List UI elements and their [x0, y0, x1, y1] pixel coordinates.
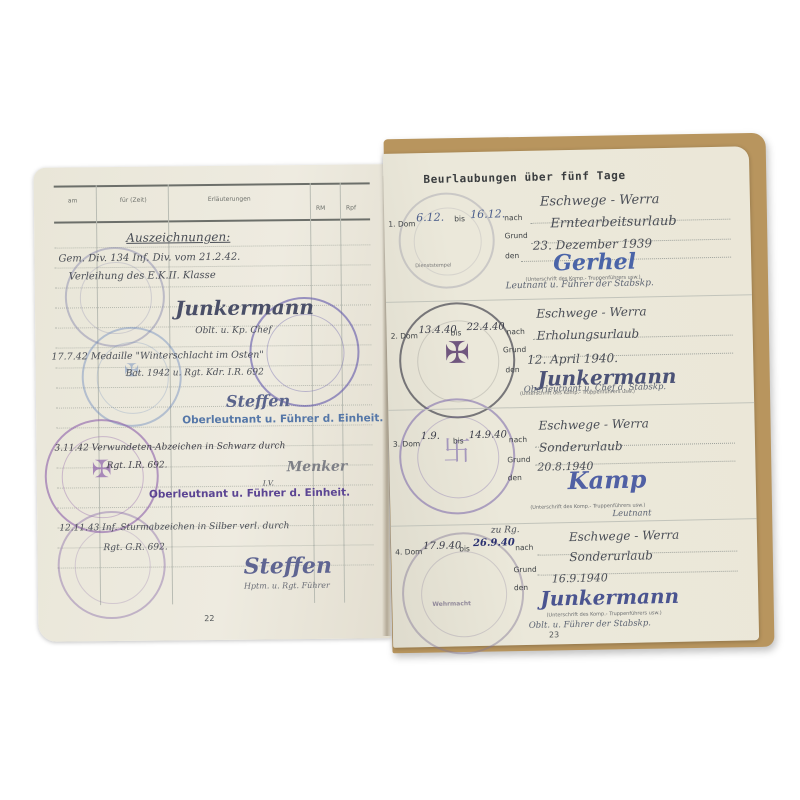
leave-reason: Sonderurlaub — [539, 439, 623, 455]
signature: Menker — [287, 459, 348, 476]
leave-to-date: 16.12. — [470, 207, 505, 221]
marginal-note: zu Rg. — [491, 525, 520, 536]
nach-label: nach — [515, 543, 533, 552]
header-rm: RM — [316, 205, 325, 212]
page-number: 23 — [549, 630, 559, 639]
leave-to-date: 14.9.40 — [469, 429, 507, 441]
leave-issue-date: 16.9.1940 — [552, 571, 608, 585]
stamp-label: Wehrmacht — [432, 600, 471, 608]
leave-reason: Sonderurlaub — [569, 548, 653, 564]
entry-line: Oblt. u. Kp. Chef — [195, 325, 272, 336]
page-title: Beurlaubungen über fünf Tage — [423, 169, 625, 186]
signature: Junkermann — [540, 584, 679, 611]
header-rpf: Rpf — [346, 204, 356, 211]
den-label: den — [505, 365, 519, 374]
leave-from-date: 6.12. — [416, 211, 444, 225]
grund-label: Grund — [505, 231, 528, 240]
page-number: 22 — [204, 614, 214, 623]
nach-label: nach — [507, 327, 525, 336]
unit-stamp-text: Oberleutnant u. Führer d. Einheit. — [182, 412, 383, 426]
leave-index: 2. Dom — [391, 331, 418, 341]
signature: Kamp — [567, 464, 646, 495]
unit-stamp-text: Oberleutnant u. Führer d. Einheit. — [149, 487, 350, 501]
grund-label: Grund — [514, 565, 537, 574]
table-header: am für (Zeit) Erläuterungen RM Rpf — [54, 182, 370, 223]
nach-label: nach — [504, 213, 522, 222]
entry-line: Bat. 1942 u. Rgt. Kdr. I.R. 692 — [126, 367, 264, 378]
grund-label: Grund — [503, 345, 526, 354]
header-erlaeuterungen: Erläuterungen — [208, 196, 251, 203]
den-label: den — [508, 473, 522, 482]
signature: Gerhel — [553, 249, 636, 277]
left-page: am für (Zeit) Erläuterungen RM Rpf ✠ ✠ — [34, 164, 391, 642]
signer-rank: Leutnant — [612, 508, 651, 519]
entry-line: 12.11.43 Inf. Sturmabzeichen in Silber v… — [59, 521, 289, 533]
entry-line: I.V. — [263, 479, 274, 487]
signature: Steffen — [244, 553, 333, 580]
bis-label: bis — [459, 544, 470, 553]
leave-index: 1. Dom — [388, 219, 415, 229]
leave-destination: Eschwege - Werra — [536, 304, 647, 320]
leave-index: 4. Dom — [395, 547, 422, 557]
grund-label: Grund — [507, 455, 530, 464]
den-label: den — [514, 583, 528, 592]
bis-label: bis — [454, 214, 465, 223]
entry-line: 3.11.42 Verwundeten-Abzeichen in Schwarz… — [54, 441, 285, 453]
den-label: den — [505, 251, 519, 260]
leave-from-date: 1.9. — [421, 431, 440, 442]
open-booklet: am für (Zeit) Erläuterungen RM Rpf ✠ ✠ — [36, 136, 770, 652]
header-am: am — [68, 197, 78, 204]
entry-line: Rgt. I.R. 692. — [107, 460, 168, 471]
official-stamp — [398, 192, 496, 290]
signer-rank: Leutnant u. Führer der Stabskp. — [506, 278, 654, 291]
official-stamp: 卐 — [398, 397, 516, 515]
leave-destination: Eschwege - Werra — [569, 528, 680, 544]
bis-label: bis — [451, 328, 462, 337]
section-divider — [391, 518, 757, 527]
signature: Steffen — [226, 391, 290, 411]
bis-label: bis — [453, 436, 464, 445]
leave-index: 3. Dom — [393, 439, 420, 449]
nach-label: nach — [509, 435, 527, 444]
entry-line: 17.7.42 Medaille "Winterschlacht im Oste… — [51, 349, 263, 362]
signature-caption: (Unterschrift des Komp.- Truppenführers … — [547, 610, 662, 618]
entry-heading: Auszeichnungen: — [126, 230, 230, 245]
header-fuer-zeit: für (Zeit) — [120, 197, 147, 204]
entry-line: Gem. Div. 134 Inf. Div. vom 21.2.42. — [58, 252, 240, 265]
leave-from-date: 17.9.40 — [423, 540, 461, 552]
leave-to-date: 26.9.40 — [473, 537, 515, 549]
entry-line: Rgt. G.R. 692. — [103, 542, 167, 553]
entry-line: Hptm. u. Rgt. Führer — [244, 581, 330, 591]
section-divider — [386, 294, 752, 303]
leave-destination: Eschwege - Werra — [538, 416, 649, 432]
signature: Junkermann — [175, 295, 314, 320]
leave-reason: Erholungsurlaub — [537, 327, 640, 343]
signer-rank: Oberleutnant u. Chef d. Stabskp. — [524, 382, 666, 395]
right-page: Beurlaubungen über fünf Tage ✠ 卐 1. Dom … — [383, 146, 759, 648]
signer-rank: Oblt. u. Führer der Stabskp. — [529, 618, 651, 631]
entry-line: Verleihung des E.K.II. Klasse — [69, 270, 216, 283]
dienststempel-label: Dienststempel — [415, 262, 451, 269]
leave-reason: Erntearbeitsurlaub — [550, 214, 677, 232]
leave-destination: Eschwege - Werra — [540, 192, 660, 209]
leave-to-date: 22.4.40 — [466, 321, 504, 333]
